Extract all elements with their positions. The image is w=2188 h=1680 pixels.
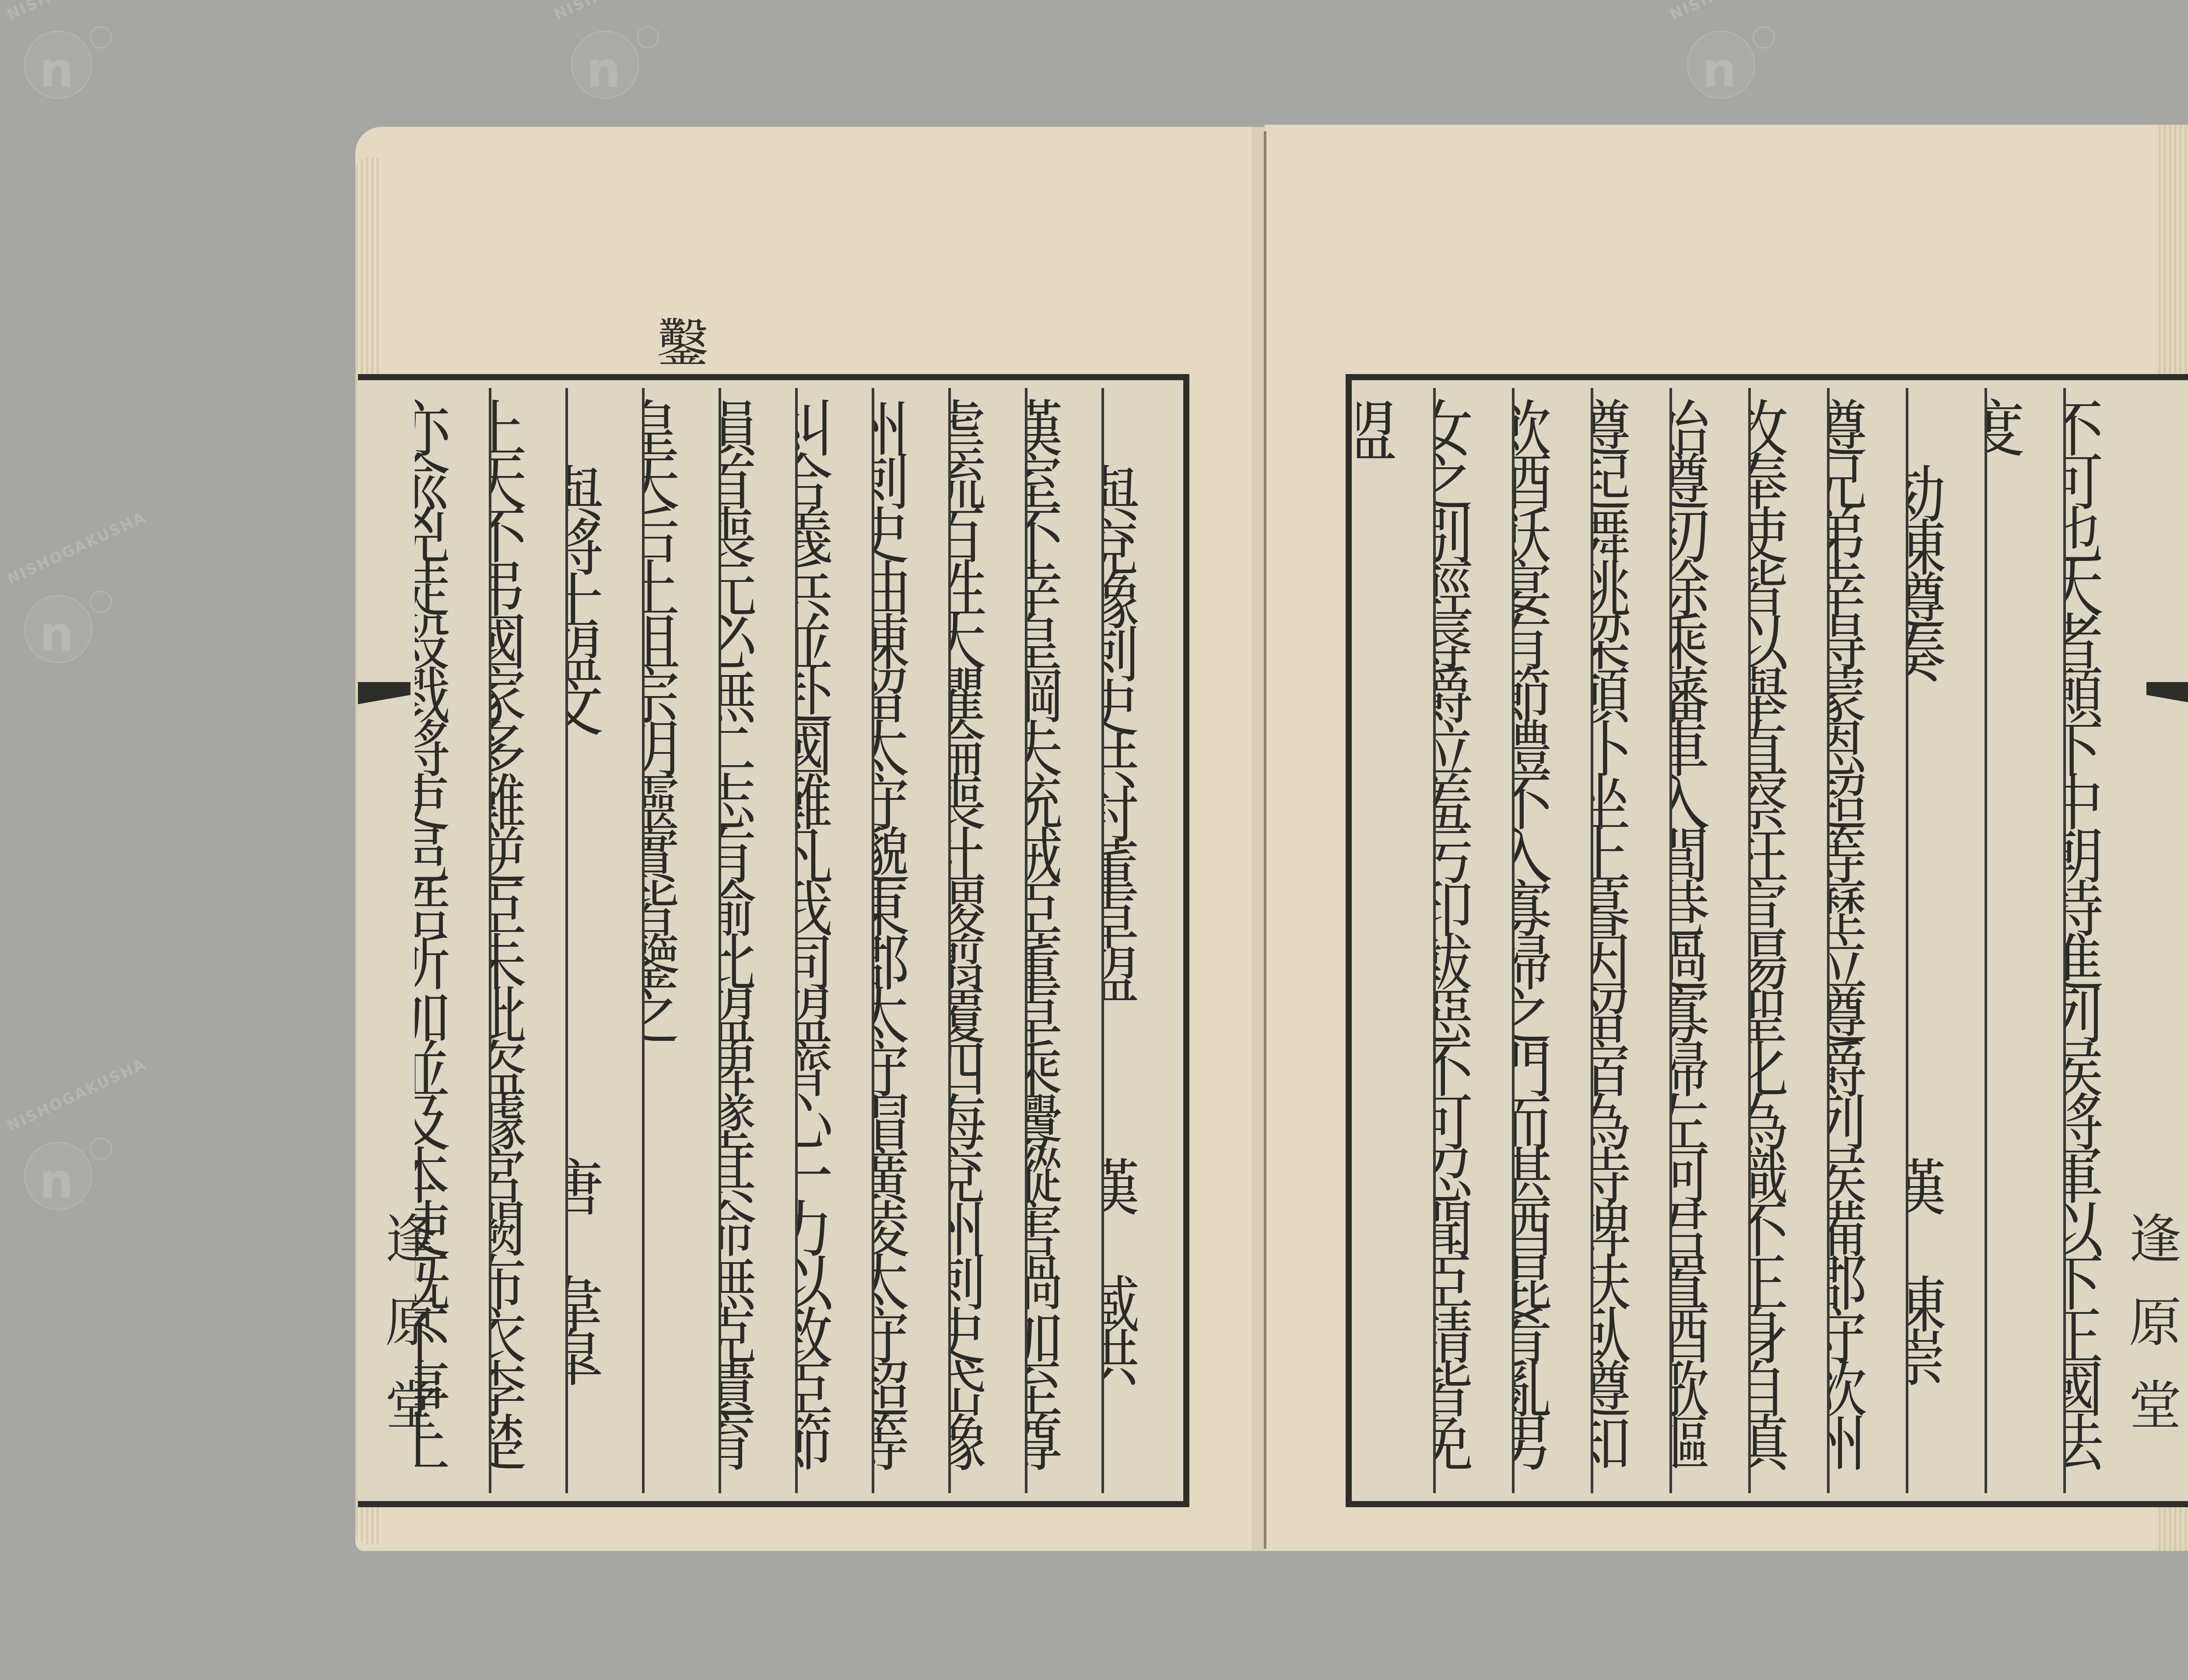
watermark-logo-icon: n NISHOGAKUSHA xyxy=(0,564,114,661)
column: 不可也大者願下中朝特進列侯將軍以下正國法 xyxy=(2063,388,2142,1493)
watermark-logo-icon: n NISHOGAKUSHA xyxy=(1663,0,1777,96)
right-columns: 不可也大者願下中朝特進列侯將軍以下正國法 度 劾陳遵奏 漢 陳崇 遵兄弟幸得蒙恩… xyxy=(1357,388,2142,1493)
column: 始遵初除乘藩車入閭巷過寡婦左阿君置酒歌謳 xyxy=(1669,388,1748,1493)
book-gutter xyxy=(1264,131,1266,1549)
column: 虐流百姓大懼淪喪社稷翦覆四海兗州刺史岱豫 xyxy=(948,388,1025,1493)
column: 遵起舞跳梁頓仆坐上暮因留宿為侍婢扶臥遵知 xyxy=(1591,388,1669,1493)
fishtail-mark-icon xyxy=(358,682,410,713)
column: 度 xyxy=(1985,388,2063,1493)
column: 盟 xyxy=(1357,388,1433,1493)
author-attribution: 漢 陳崇 xyxy=(1908,1156,1985,1379)
column: 牧奉使皆以舉直察枉宣揚聖化為職不正身自慎 xyxy=(1748,388,1827,1493)
column: 與將士盟文 唐 韋皐 xyxy=(565,388,642,1493)
right-text-frame: 逢原堂 不可也大者願下中朝特進列侯將軍以下正國法 度 劾陳遵奏 漢 陳崇 遵兄弟… xyxy=(1346,374,2188,1507)
column: 飲酒飫宴有節禮不入寡婦之門而湛酒混肴亂男 xyxy=(1512,388,1591,1493)
watermark-logo-icon: n NISHOGAKUSHA xyxy=(0,1111,114,1207)
column: 與兗豫刺史共討董卓盟 漢 臧洪 xyxy=(1101,388,1178,1493)
column: 亦兪兇徒殺戮將吏邑皓所加並及本使既不事上 xyxy=(415,388,489,1493)
column: 皇天后土祖宗明靈實皆鑒之 xyxy=(642,388,719,1493)
author-attribution: 唐 韋皐 xyxy=(568,1156,642,1379)
column: 漢室不幸皇綱失統賊臣董卓乘釁縱害禍加至尊 xyxy=(1025,388,1101,1493)
column: 劾陳遵奏 漢 陳崇 xyxy=(1906,388,1985,1493)
column: 州刺史伷陳留太守邈東郡太守瑁廣陵太守超等 xyxy=(872,388,948,1493)
left-text-frame: 逢原堂 與兗豫刺史共討董卓盟 漢 臧洪 漢室不幸皇綱失統賊臣董卓乘釁縱害禍加至尊… xyxy=(358,374,1189,1507)
fishtail-mark-icon xyxy=(2146,682,2188,713)
author-attribution: 漢 臧洪 xyxy=(1104,1156,1178,1379)
section-title: 與兗豫刺史共討董卓盟 xyxy=(1101,462,1140,996)
column: 遵兄弟幸得蒙恩超等歷位遵爵列侯備郡守佽州 xyxy=(1827,388,1906,1493)
column: 糾合義兵並赴國難凡我同盟齊心一力以致臣節 xyxy=(795,388,872,1493)
column: 女之別輕辱爵位羞污印韍惡不可忍聞臣請皆免 xyxy=(1433,388,1512,1493)
section-heading: 盟 xyxy=(1357,397,1397,455)
left-columns: 與兗豫刺史共討董卓盟 漢 臧洪 漢室不幸皇綱失統賊臣董卓乘釁縱害禍加至尊 虐流百… xyxy=(415,388,1178,1493)
column: 上天不弔國家多難逆臣朱泚盜據宮闕布衣李楚琳 xyxy=(489,388,565,1493)
watermark-logo-icon: n NISHOGAKUSHA xyxy=(547,0,661,96)
section-title: 劾陳遵奏 xyxy=(1906,462,1946,676)
column: 隕首喪元必無二志有渝此盟俾墜其命無克遺育 xyxy=(719,388,795,1493)
left-page-header-char: 鑿 xyxy=(656,302,709,377)
watermark-logo-icon: n NISHOGAKUSHA xyxy=(0,0,114,96)
section-title: 與將士盟文 xyxy=(565,462,603,729)
